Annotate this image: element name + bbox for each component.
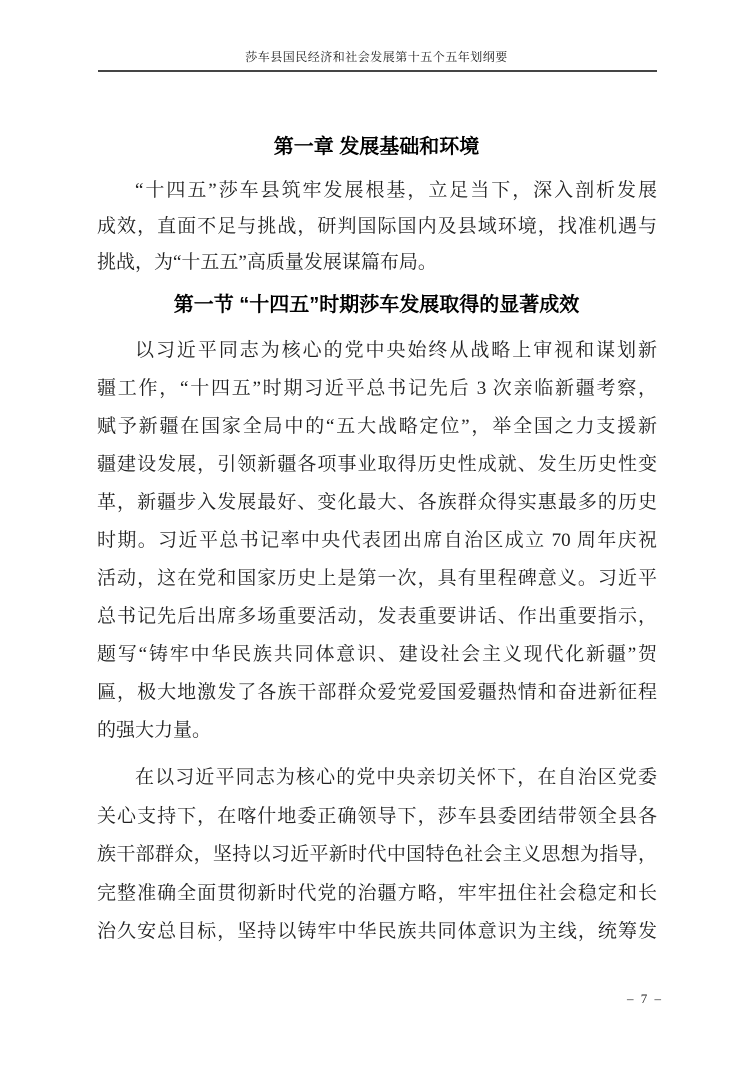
paragraph-line: 题写“铸牢中华民族共同体意识、建设社会主义现代化新疆”贺 — [97, 636, 657, 674]
paragraph-line: 以习近平同志为核心的党中央始终从战略上审视和谋划新 — [97, 332, 657, 370]
paragraph-line: 完整准确全面贯彻新时代党的治疆方略，牢牢扭住社会稳定和长 — [97, 875, 657, 914]
paragraph-line: “十四五”莎车县筑牢发展根基，立足当下，深入剖析发展 — [97, 173, 657, 209]
paragraph-line: 匾，极大地激发了各族干部群众爱党爱国爱疆热情和奋进新征程 — [97, 674, 657, 712]
running-header-title: 莎车县国民经济和社会发展第十五个五年划纲要 — [0, 49, 753, 65]
document-page: 莎车县国民经济和社会发展第十五个五年划纲要 第一章 发展基础和环境 “十四五”莎… — [0, 0, 753, 1066]
paragraph-line: 在以习近平同志为核心的党中央亲切关怀下，在自治区党委 — [97, 759, 657, 798]
header-rule — [98, 70, 657, 72]
paragraph-line: 疆建设发展，引领新疆各项事业取得历史性成就、发生历史性变 — [97, 446, 657, 484]
chapter-heading: 第一章 发展基础和环境 — [0, 134, 753, 160]
paragraph-line: 族干部群众，坚持以习近平新时代中国特色社会主义思想为指导， — [97, 836, 657, 875]
paragraph-line: 赋予新疆在国家全局中的“五大战略定位”，举全国之力支援新 — [97, 408, 657, 446]
paragraph-line: 治久安总目标，坚持以铸牢中华民族共同体意识为主线，统筹发 — [97, 913, 657, 952]
paragraph-line: 革，新疆步入发展最好、变化最大、各族群众得实惠最多的历史 — [97, 484, 657, 522]
paragraph-line: 挑战，为“十五五”高质量发展谋篇布局。 — [97, 245, 657, 281]
paragraph-line: 活动，这在党和国家历史上是第一次，具有里程碑意义。习近平 — [97, 560, 657, 598]
section-heading: 第一节 “十四五”时期莎车发展取得的显著成效 — [0, 293, 753, 317]
paragraph: 以习近平同志为核心的党中央始终从战略上审视和谋划新疆工作，“十四五”时期习近平总… — [97, 332, 657, 750]
paragraph-line: 总书记先后出席多场重要活动，发表重要讲话、作出重要指示， — [97, 598, 657, 636]
paragraph-line: 的强大力量。 — [97, 712, 657, 750]
paragraph-line: 疆工作，“十四五”时期习近平总书记先后 3 次亲临新疆考察， — [97, 370, 657, 408]
paragraph: “十四五”莎车县筑牢发展根基，立足当下，深入剖析发展成效，直面不足与挑战，研判国… — [97, 173, 657, 281]
paragraph-line: 关心支持下，在喀什地委正确领导下，莎车县委团结带领全县各 — [97, 798, 657, 837]
paragraph-line: 成效，直面不足与挑战，研判国际国内及县域环境，找准机遇与 — [97, 209, 657, 245]
paragraph: 在以习近平同志为核心的党中央亲切关怀下，在自治区党委关心支持下，在喀什地委正确领… — [97, 759, 657, 952]
page-number: – 7 – — [627, 990, 663, 1008]
paragraph-line: 时期。习近平总书记率中央代表团出席自治区成立 70 周年庆祝 — [97, 522, 657, 560]
